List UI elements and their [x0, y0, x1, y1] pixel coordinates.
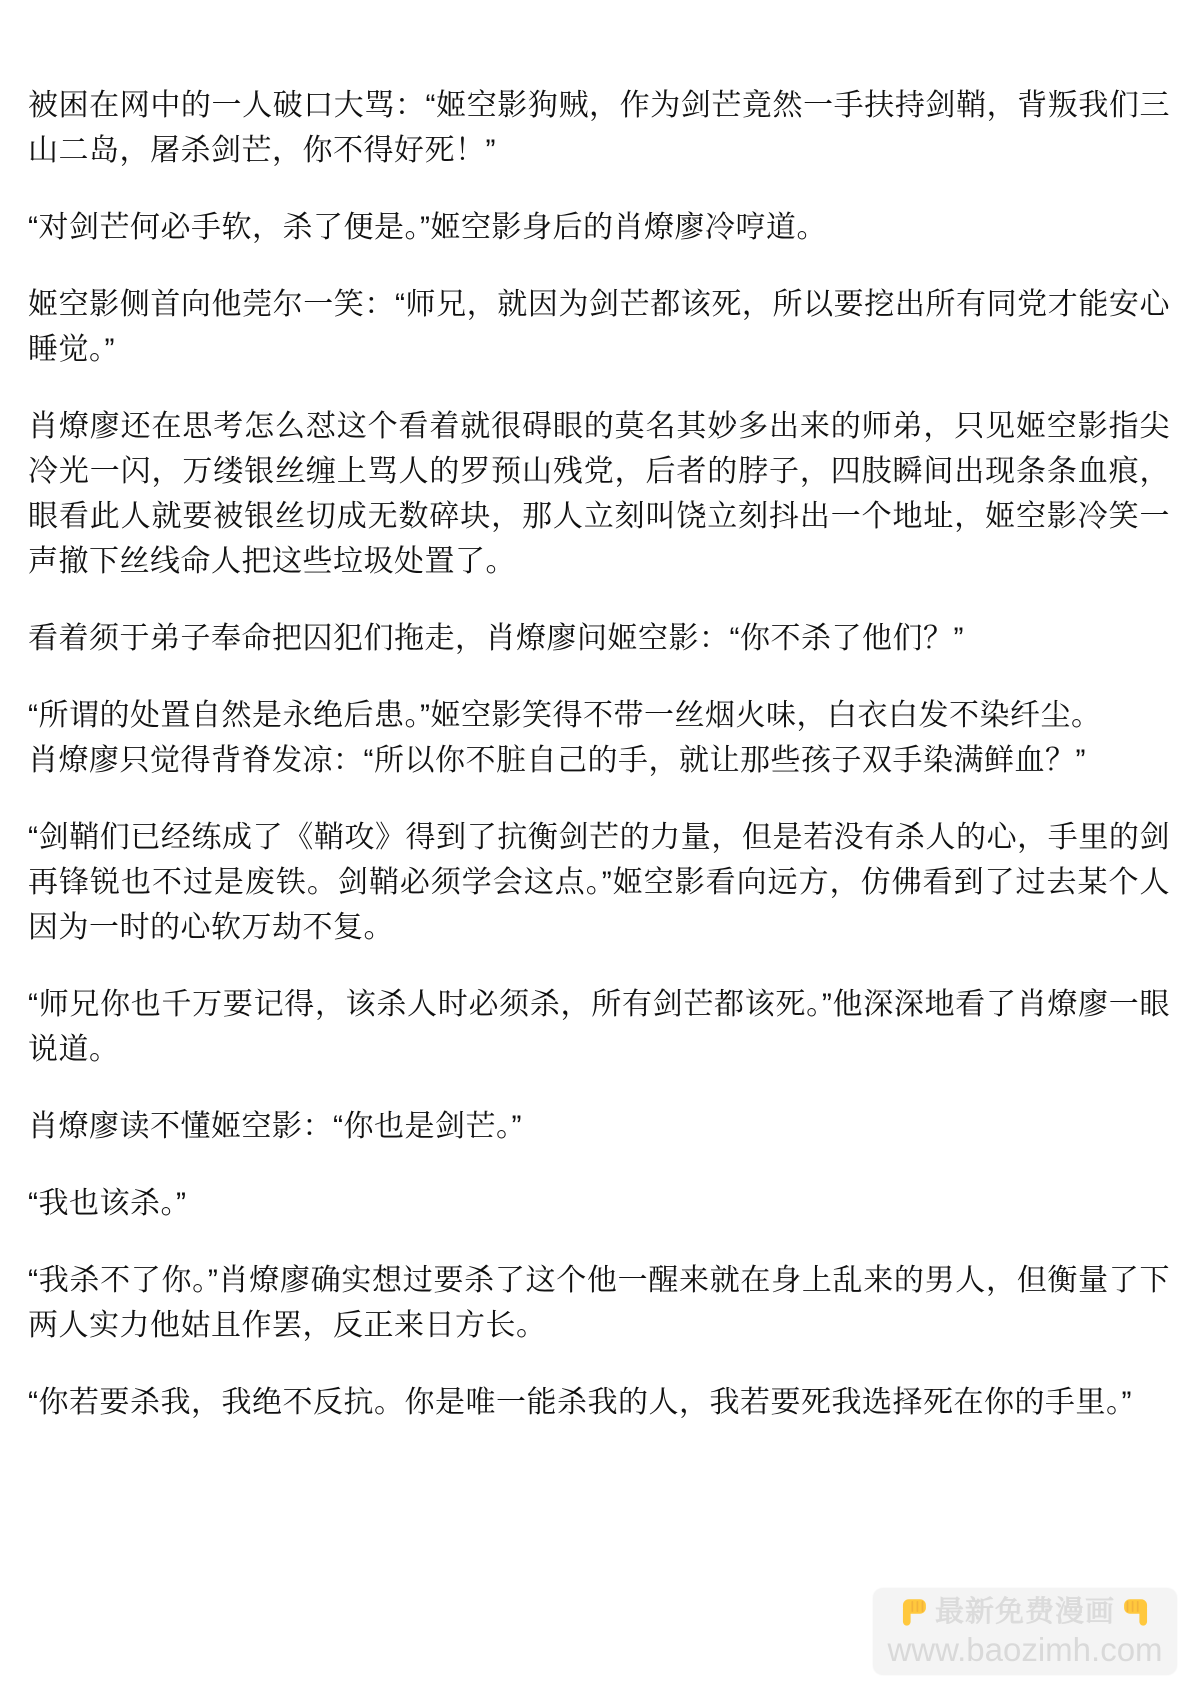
- paragraph: 姬空影侧首向他莞尔一笑：“师兄，就因为剑芒都该死，所以要挖出所有同党才能安心睡觉…: [28, 282, 1170, 372]
- watermark-text: 最新免费漫画: [935, 1595, 1115, 1629]
- paragraph: 看着须于弟子奉命把囚犯们拖走，肖燎廖问姬空影：“你不杀了他们？”: [28, 616, 1170, 661]
- paragraph: 肖燎廖还在思考怎么怼这个看着就很碍眼的莫名其妙多出来的师弟，只见姬空影指尖冷光一…: [28, 404, 1170, 584]
- paragraph: “我杀不了你。”肖燎廖确实想过要杀了这个他一醒来就在身上乱来的男人，但衡量了下两…: [28, 1258, 1170, 1348]
- paragraph: 肖燎廖读不懂姬空影：“你也是剑芒。”: [28, 1104, 1170, 1149]
- paragraph: “对剑芒何必手软，杀了便是。”姬空影身后的肖燎廖冷哼道。: [28, 205, 1170, 250]
- paragraph: “所谓的处置自然是永绝后患。”姬空影笑得不带一丝烟火味，白衣白发不染纤尘。: [28, 693, 1170, 738]
- watermark-title-row: 最新免费漫画: [897, 1595, 1153, 1629]
- pointing-down-icon: [1119, 1595, 1153, 1629]
- paragraph: “师兄你也千万要记得，该杀人时必须杀，所有剑芒都该死。”他深深地看了肖燎廖一眼说…: [28, 982, 1170, 1072]
- novel-text-page: 被困在网中的一人破口大骂：“姬空影狗贼，作为剑芒竟然一手扶持剑鞘，背叛我们三山二…: [0, 0, 1200, 1698]
- paragraph: 被困在网中的一人破口大骂：“姬空影狗贼，作为剑芒竟然一手扶持剑鞘，背叛我们三山二…: [28, 83, 1170, 173]
- watermark-url: www.baozimh.com: [887, 1631, 1162, 1669]
- watermark-badge: 最新免费漫画 www.baozimh.com: [873, 1588, 1177, 1675]
- paragraph: “剑鞘们已经练成了《鞘攻》得到了抗衡剑芒的力量，但是若没有杀人的心，手里的剑再锋…: [28, 815, 1170, 950]
- paragraph: 肖燎廖只觉得背脊发凉：“所以你不脏自己的手，就让那些孩子双手染满鲜血？”: [28, 738, 1170, 783]
- pointing-down-icon: [897, 1595, 931, 1629]
- paragraph: “我也该杀。”: [28, 1181, 1170, 1226]
- text-content: 被困在网中的一人破口大骂：“姬空影狗贼，作为剑芒竟然一手扶持剑鞘，背叛我们三山二…: [0, 0, 1200, 1425]
- paragraph: “你若要杀我，我绝不反抗。你是唯一能杀我的人，我若要死我选择死在你的手里。”: [28, 1380, 1170, 1425]
